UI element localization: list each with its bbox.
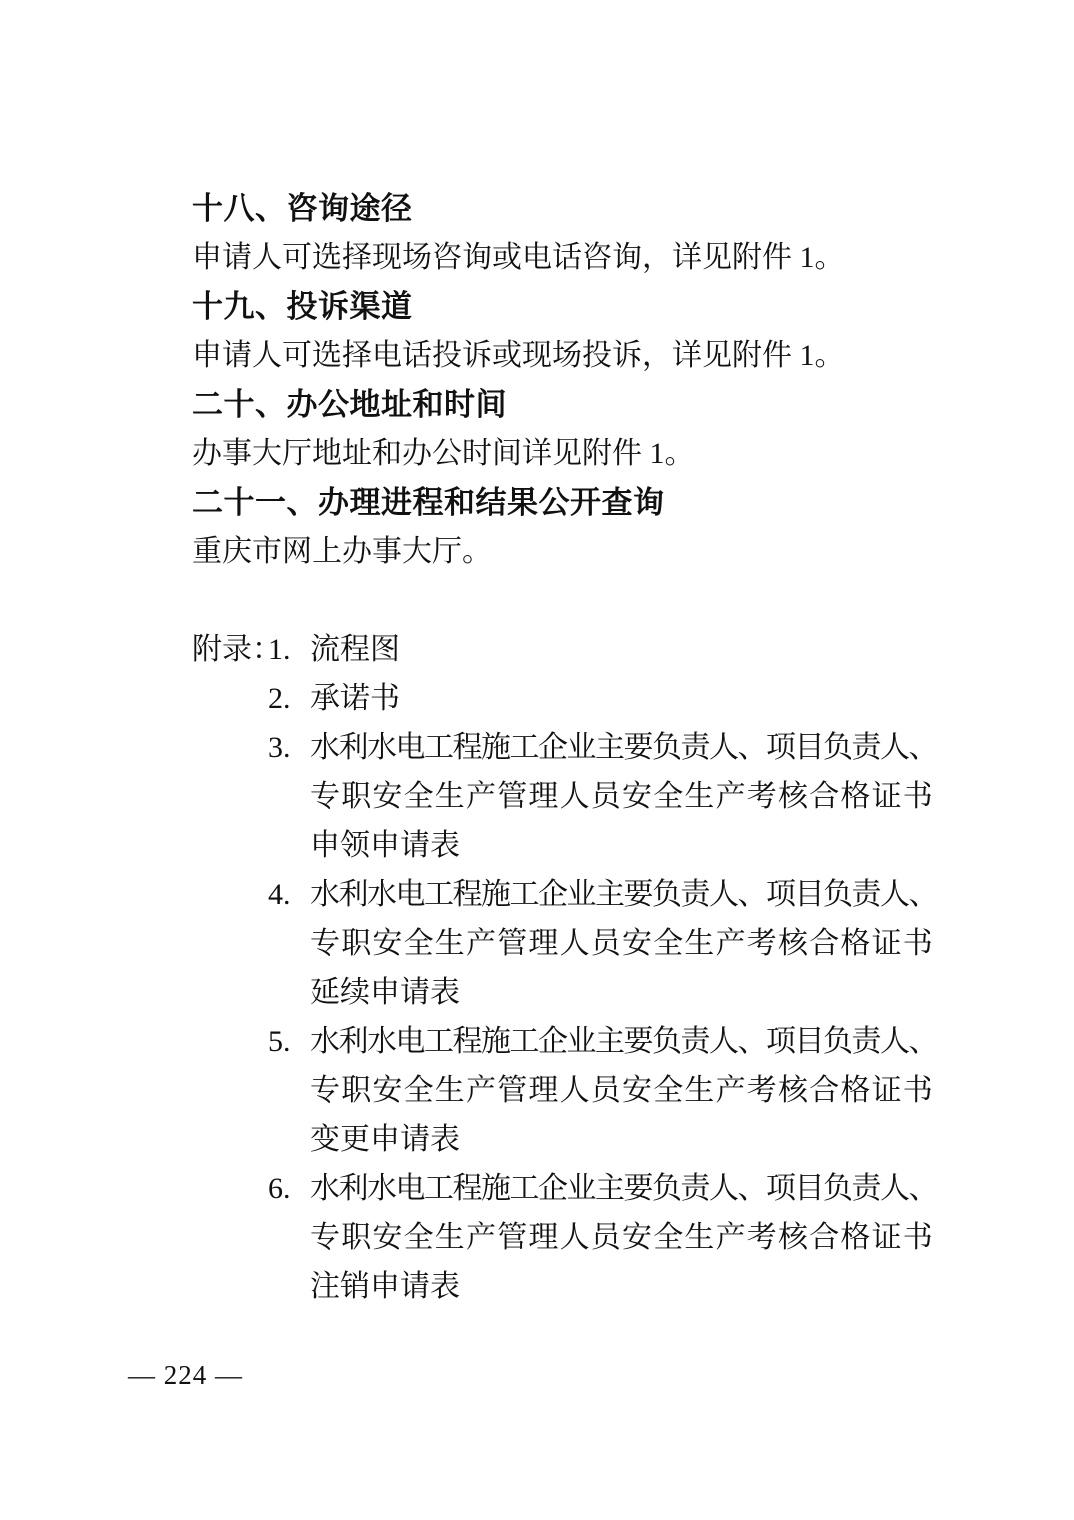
appendix-item-line: 专职安全生产管理人员安全生产考核合格证书 [192, 772, 952, 821]
appendix-item-text: 流程图 [310, 633, 400, 666]
appendix-item-number: 3. [268, 723, 310, 772]
appendix-row: 6.水利水电工程施工企业主要负责人、项目负责人、 [192, 1164, 952, 1213]
appendix-item-line: 注销申请表 [192, 1262, 952, 1311]
appendix-item-text: 水利水电工程施工企业主要负责人、项目负责人、 [310, 1025, 937, 1058]
section-heading-21: 二十一、办理进程和结果公开查询 [192, 478, 952, 527]
section-paragraph-office: 办事大厅地址和办公时间详见附件 1。 [192, 429, 952, 478]
section-heading-19: 十九、投诉渠道 [192, 282, 952, 331]
appendix-row: 5.水利水电工程施工企业主要负责人、项目负责人、 [192, 1017, 952, 1066]
appendix-label: 附录： [192, 625, 268, 674]
section-paragraph-consult: 申请人可选择现场咨询或电话咨询，详见附件 1。 [192, 233, 952, 282]
appendix-item-line: 专职安全生产管理人员安全生产考核合格证书 [192, 1066, 952, 1115]
appendix-item-text: 承诺书 [310, 682, 400, 715]
blank-line [192, 576, 952, 625]
appendix-row: 4.水利水电工程施工企业主要负责人、项目负责人、 [192, 870, 952, 919]
appendix-item-line: 延续申请表 [192, 968, 952, 1017]
appendix-item-line: 专职安全生产管理人员安全生产考核合格证书 [192, 1213, 952, 1262]
appendix-item-text: 水利水电工程施工企业主要负责人、项目负责人、 [310, 878, 937, 911]
appendix-item-number: 1. [268, 625, 310, 674]
appendix-item-text: 水利水电工程施工企业主要负责人、项目负责人、 [310, 731, 937, 764]
document-page: 十八、咨询途径 申请人可选择现场咨询或电话咨询，详见附件 1。 十九、投诉渠道 … [0, 0, 1074, 1520]
section-paragraph-complaint: 申请人可选择电话投诉或现场投诉，详见附件 1。 [192, 331, 952, 380]
appendix-item-number: 4. [268, 870, 310, 919]
document-content: 十八、咨询途径 申请人可选择现场咨询或电话咨询，详见附件 1。 十九、投诉渠道 … [192, 184, 952, 1311]
appendix-row: 2.承诺书 [192, 674, 952, 723]
appendix-item-number: 6. [268, 1164, 310, 1213]
appendix-item-number: 5. [268, 1017, 310, 1066]
appendix-item-line: 专职安全生产管理人员安全生产考核合格证书 [192, 919, 952, 968]
page-number: — 224 — [128, 1360, 243, 1391]
section-heading-18: 十八、咨询途径 [192, 184, 952, 233]
appendix-item-text: 水利水电工程施工企业主要负责人、项目负责人、 [310, 1172, 937, 1205]
appendix-row: 3.水利水电工程施工企业主要负责人、项目负责人、 [192, 723, 952, 772]
section-heading-20: 二十、办公地址和时间 [192, 380, 952, 429]
appendix-item-number: 2. [268, 674, 310, 723]
appendix-item-line: 申领申请表 [192, 821, 952, 870]
appendix-item-line: 变更申请表 [192, 1115, 952, 1164]
section-paragraph-online-hall: 重庆市网上办事大厅。 [192, 527, 952, 576]
appendix-row: 附录：1.流程图 [192, 625, 952, 674]
